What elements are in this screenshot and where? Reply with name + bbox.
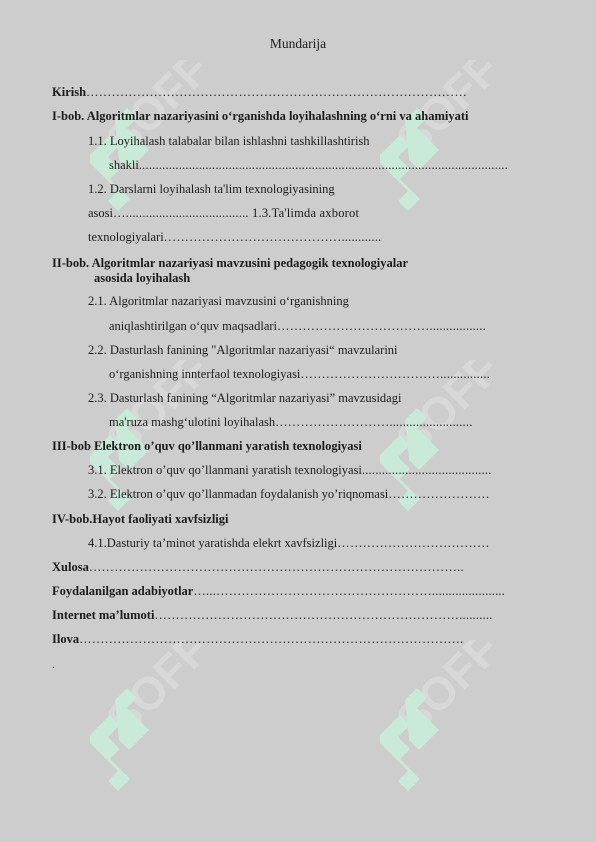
toc-dot-leader: ………………………......................... [275, 415, 472, 429]
toc-dot-leader: …...……………………………………………...................… [193, 584, 505, 598]
toc-entry[interactable]: asosi…..................................… [88, 205, 359, 221]
toc-dot-leader: …………………… [388, 487, 490, 501]
toc-dot-leader: ……………………………............... [300, 367, 490, 381]
toc-dot-leader: ........................................… [139, 158, 508, 172]
toc-entry[interactable]: Foydalanilgan adabiyotlar…...……………………………… [52, 583, 505, 599]
document-page: SOFF SOFF SOFF SOFF SOFF SOFF Mundarija … [0, 0, 596, 842]
toc-entry[interactable]: o‘rganishning innterfaol texnologiyasi……… [109, 366, 490, 382]
toc-entry-title: shakli [109, 158, 139, 172]
toc-entry-title: 1.2. Darslarni loyihalash ta'lim texnolo… [88, 182, 335, 196]
toc-entry-title: Internet ma’lumoti [52, 608, 154, 622]
toc-entry[interactable]: III-bob Elektron o’quv qo’llanmani yarat… [52, 438, 362, 454]
toc-entry[interactable]: 3.2. Elektron o’quv qo’llanmadan foydala… [88, 486, 490, 502]
toc-entry[interactable]: I-bob. Algoritmlar nazariyasini o‘rganis… [52, 108, 469, 124]
toc-entry-title: I-bob. Algoritmlar nazariyasini o‘rganis… [52, 109, 469, 123]
toc-entry-title: IV-bob.Hayot faoliyati xavfsizligi [52, 512, 229, 526]
toc-entry-title: Kirish [52, 85, 86, 99]
toc-dot-leader: …………………………………………………………………………….. [89, 560, 464, 574]
toc-entry[interactable]: 4.1.Dasturiy ta’minot yaratishda elekrt … [88, 535, 490, 551]
toc-entry[interactable]: Kirish……………………………………………………………………………… [52, 84, 467, 100]
toc-entry-title: 2.2. Dasturlash fanining "Algoritmlar na… [88, 343, 398, 357]
toc-entry[interactable]: 2.2. Dasturlash fanining "Algoritmlar na… [88, 342, 398, 358]
toc-entry[interactable]: texnologiyalari……………………………………...........… [88, 229, 381, 245]
toc-entry[interactable]: shakli..................................… [109, 157, 508, 173]
toc-dot-leader: ……………………………… [337, 536, 489, 550]
toc-entry[interactable]: 2.1. Algoritmlar nazariyasi mavzusini o‘… [88, 293, 349, 309]
toc-dot-leader: ………………………………................. [277, 319, 486, 333]
toc-entry[interactable]: 1.2. Darslarni loyihalash ta'lim texnolo… [88, 181, 335, 197]
toc-entry[interactable]: ma'ruza mashg‘ulotini loyihalash……………………… [109, 414, 473, 430]
toc-entry-title: 3.1. Elektron o’quv qo’llanmani yaratish… [88, 463, 362, 477]
toc-entry-title: 3.2. Elektron o’quv qo’llanmadan foydala… [88, 487, 388, 501]
toc-entry-title: II-bob. Algoritmlar nazariyasi mavzusini… [52, 256, 408, 270]
toc-entry-title: asosida loyihalash [94, 271, 190, 285]
toc-entry-title: Ilova [52, 632, 79, 646]
svg-text:SOFF: SOFF [386, 640, 510, 746]
toc-entry[interactable]: 3.1. Elektron o’quv qo’llanmani yaratish… [88, 462, 492, 478]
toc-dot-leader: ……………………………………………………………….......... [154, 608, 492, 622]
toc-dot-leader: ……………………………………………………………………………… [86, 85, 467, 99]
toc-entry-title: 2.3. Dasturlash fanining “Algoritmlar na… [88, 391, 401, 405]
toc-entry-title: III-bob Elektron o’quv qo’llanmani yarat… [52, 439, 362, 453]
toc-entry[interactable]: 2.3. Dasturlash fanining “Algoritmlar na… [88, 390, 401, 406]
toc-entry[interactable]: Ilova………………………………………………………………………………. [52, 631, 463, 647]
svg-text:SOFF: SOFF [96, 640, 220, 746]
soff-watermark: SOFF [70, 640, 270, 810]
toc-entry-title: asosi [88, 206, 113, 220]
toc-dot-leader: ……………………………………............ [164, 230, 382, 244]
toc-entry-title: texnologiyalari [88, 230, 164, 244]
toc-entry-title: aniqlashtirilgan o‘quv maqsadlari [109, 319, 277, 333]
toc-entry[interactable]: II-bob. Algoritmlar nazariyasi mavzusini… [52, 255, 408, 271]
toc-dot-leader: ....................................... [362, 463, 492, 477]
toc-entry-title: 2.1. Algoritmlar nazariyasi mavzusini o‘… [88, 294, 349, 308]
toc-entry[interactable]: 1.1. Loyihalash talabalar bilan ishlashn… [88, 133, 370, 149]
stray-mark: . [52, 657, 55, 672]
toc-dot-leader: ………………………………………………………………………………. [79, 632, 463, 646]
toc-entry[interactable]: asosida loyihalash [94, 270, 190, 286]
toc-entry-title: ma'ruza mashg‘ulotini loyihalash [109, 415, 275, 429]
toc-entry-title: 4.1.Dasturiy ta’minot yaratishda elekrt … [88, 536, 337, 550]
toc-dot-leader: …..................................... 1… [113, 206, 359, 220]
toc-entry-title: Xulosa [52, 560, 89, 574]
toc-entry[interactable]: Internet ma’lumoti…………………………………………………………… [52, 607, 492, 623]
toc-entry[interactable]: aniqlashtirilgan o‘quv maqsadlari…………………… [109, 318, 486, 334]
soff-watermark: SOFF [360, 360, 560, 530]
toc-entry-title: Foydalanilgan adabiyotlar [52, 584, 193, 598]
soff-watermark: SOFF [360, 640, 560, 810]
toc-entry-title: o‘rganishning innterfaol texnologiyasi [109, 367, 300, 381]
toc-entry-title: 1.1. Loyihalash talabalar bilan ishlashn… [88, 134, 370, 148]
page-title: Mundarija [0, 36, 596, 52]
toc-entry[interactable]: IV-bob.Hayot faoliyati xavfsizligi [52, 511, 229, 527]
toc-entry[interactable]: Xulosa…………………………………………………………………………….. [52, 559, 464, 575]
